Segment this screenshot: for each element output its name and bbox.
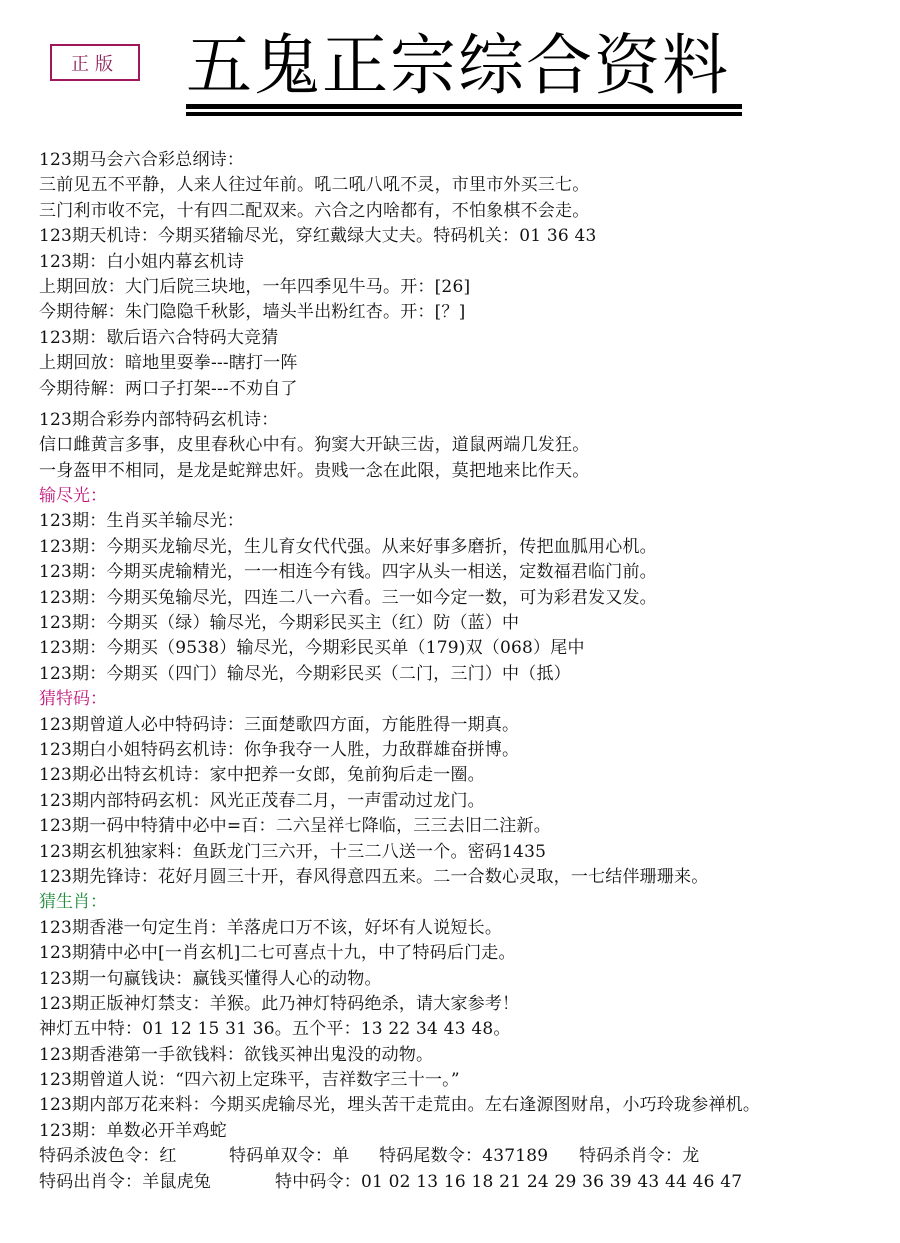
order-out-zodiac: 特码出肖令：羊鼠虎兔 xyxy=(39,1170,275,1195)
text-line: 今期待解：朱门隐隐千秋影，墙头半出粉红杏。开：[？] xyxy=(39,300,889,325)
text-line: 123期正版神灯禁支：羊猴。此乃神灯特码绝杀，请大家参考！ xyxy=(39,992,889,1017)
section-heading: 猜生肖： xyxy=(39,890,889,915)
text-line: 123期香港第一手欲钱料：欲钱买神出鬼没的动物。 xyxy=(39,1043,889,1068)
text-line: 123期白小姐特码玄机诗：你争我夺一人胜，力敌群雄奋拼博。 xyxy=(39,738,889,763)
text-line: 一身盔甲不相同，是龙是蛇辩忠奸。贵贱一念在此限，莫把地来比作天。 xyxy=(39,459,889,484)
text-line: 三门利市收不完，十有四二配双来。六合之内啥都有，不怕象棋不会走。 xyxy=(39,199,889,224)
text-line: 三前见五不平静，人来人往过年前。吼二吼八吼不灵，市里市外买三七。 xyxy=(39,173,889,198)
block-internal-poem: 123期合彩券内部特码玄机诗： 信口雌黄言多事，皮里春秋心中有。狗窦大开缺三齿，… xyxy=(39,408,889,484)
section-heading: 输尽光： xyxy=(39,484,889,509)
text-line: 123期：今期买兔输尽光，四连二八一六看。三一如今定一数，可为彩君发又发。 xyxy=(39,586,889,611)
text-line: 123期先锋诗：花好月圆三十开，春风得意四五来。二一合数心灵取，一七结伴珊珊来。 xyxy=(39,865,889,890)
title-underline-top xyxy=(186,104,742,109)
text-line: 123期：单数必开羊鸡蛇 xyxy=(39,1119,889,1144)
order-odd-even: 特码单双令：单 xyxy=(229,1144,379,1169)
section-caitema: 猜特码： 123期曾道人必中特码诗：三面楚歌四方面，方能胜得一期真。 123期白… xyxy=(39,687,889,890)
order-kill-zodiac: 特码杀肖令：龙 xyxy=(579,1144,699,1169)
text-line: 上期回放：暗地里耍拳---瞎打一阵 xyxy=(39,351,889,376)
text-line: 123期一码中特猜中必中=百：二六呈祥七降临，三三去旧二注新。 xyxy=(39,814,889,839)
title-underline-bottom xyxy=(186,112,742,116)
text-line: 123期：今期买（9538）输尽光，今期彩民买单（179)双（068）尾中 xyxy=(39,636,889,661)
text-line: 123期：今期买龙输尽光，生儿育女代代强。从来好事多磨折，传把血胍用心机。 xyxy=(39,535,889,560)
document-body: 123期马会六合彩总纲诗： 三前见五不平静，人来人往过年前。吼二吼八吼不灵，市里… xyxy=(39,148,889,1195)
text-line: 今期待解：两口子打架---不劝自了 xyxy=(39,377,889,402)
text-line: 123期猜中必中[一肖玄机]二七可喜点十九，中了特码后门走。 xyxy=(39,941,889,966)
text-line: 123期必出特玄机诗：家中把养一女郎，兔前狗后走一圈。 xyxy=(39,763,889,788)
text-line: 123期：生肖买羊输尽光： xyxy=(39,509,889,534)
text-line: 123期天机诗：今期买猪输尽光，穿红戴绿大丈夫。特码机关：01 36 43 xyxy=(39,224,889,249)
order-wave-color: 特码杀波色令：红 xyxy=(39,1144,229,1169)
order-hit-numbers: 特中码令：01 02 13 16 18 21 24 29 36 39 43 44… xyxy=(275,1170,742,1195)
text-line: 123期：白小姐内幕玄机诗 xyxy=(39,250,889,275)
order-tail-number: 特码尾数令：437189 xyxy=(379,1144,579,1169)
text-line: 123期曾道人说：“四六初上定珠平，吉祥数字三十一。” xyxy=(39,1068,889,1093)
text-line: 123期一句赢钱诀：赢钱买懂得人心的动物。 xyxy=(39,967,889,992)
text-line: 123期马会六合彩总纲诗： xyxy=(39,148,889,173)
text-line: 123期：今期买虎输精光，一一相连今有钱。四字从头一相送，定数福君临门前。 xyxy=(39,560,889,585)
page-title: 五鬼正宗综合资料 xyxy=(186,30,746,102)
block-general-poems: 123期马会六合彩总纲诗： 三前见五不平静，人来人往过年前。吼二吼八吼不灵，市里… xyxy=(39,148,889,402)
text-line: 123期香港一句定生肖：羊落虎口万不该，好坏有人说短长。 xyxy=(39,916,889,941)
section-shujinguang: 输尽光： 123期：生肖买羊输尽光： 123期：今期买龙输尽光，生儿育女代代强。… xyxy=(39,484,889,687)
badge-label: 正版 xyxy=(71,50,119,76)
text-line: 123期玄机独家料：鱼跃龙门三六开，十三二八送一个。密码1435 xyxy=(39,840,889,865)
text-line: 123期内部万花来料：今期买虎输尽光，埋头苦干走荒由。左右逢源图财帛，小巧玲珑参… xyxy=(39,1093,889,1118)
orders-row: 特码杀波色令：红特码单双令：单特码尾数令：437189特码杀肖令：龙 xyxy=(39,1144,889,1169)
text-line: 123期合彩券内部特码玄机诗： xyxy=(39,408,889,433)
text-line: 123期内部特码玄机：风光正茂春二月，一声雷动过龙门。 xyxy=(39,789,889,814)
text-line: 信口雌黄言多事，皮里春秋心中有。狗窦大开缺三齿，道鼠两端几发狂。 xyxy=(39,433,889,458)
section-caishengxiao: 猜生肖： 123期香港一句定生肖：羊落虎口万不该，好坏有人说短长。 123期猜中… xyxy=(39,890,889,1195)
text-line: 123期：今期买（四门）输尽光，今期彩民买（二门，三门）中（抵） xyxy=(39,662,889,687)
text-line: 123期：歇后语六合特码大竞猜 xyxy=(39,326,889,351)
authentic-badge: 正版 xyxy=(50,44,140,81)
text-line: 上期回放：大门后院三块地，一年四季见牛马。开：[26] xyxy=(39,275,889,300)
text-line: 123期：今期买（绿）输尽光，今期彩民买主（红）防（蓝）中 xyxy=(39,611,889,636)
orders-row: 特码出肖令：羊鼠虎兔特中码令：01 02 13 16 18 21 24 29 3… xyxy=(39,1170,889,1195)
text-line: 123期曾道人必中特码诗：三面楚歌四方面，方能胜得一期真。 xyxy=(39,713,889,738)
text-line: 神灯五中特：01 12 15 31 36。五个平：13 22 34 43 48。 xyxy=(39,1017,889,1042)
section-heading: 猜特码： xyxy=(39,687,889,712)
